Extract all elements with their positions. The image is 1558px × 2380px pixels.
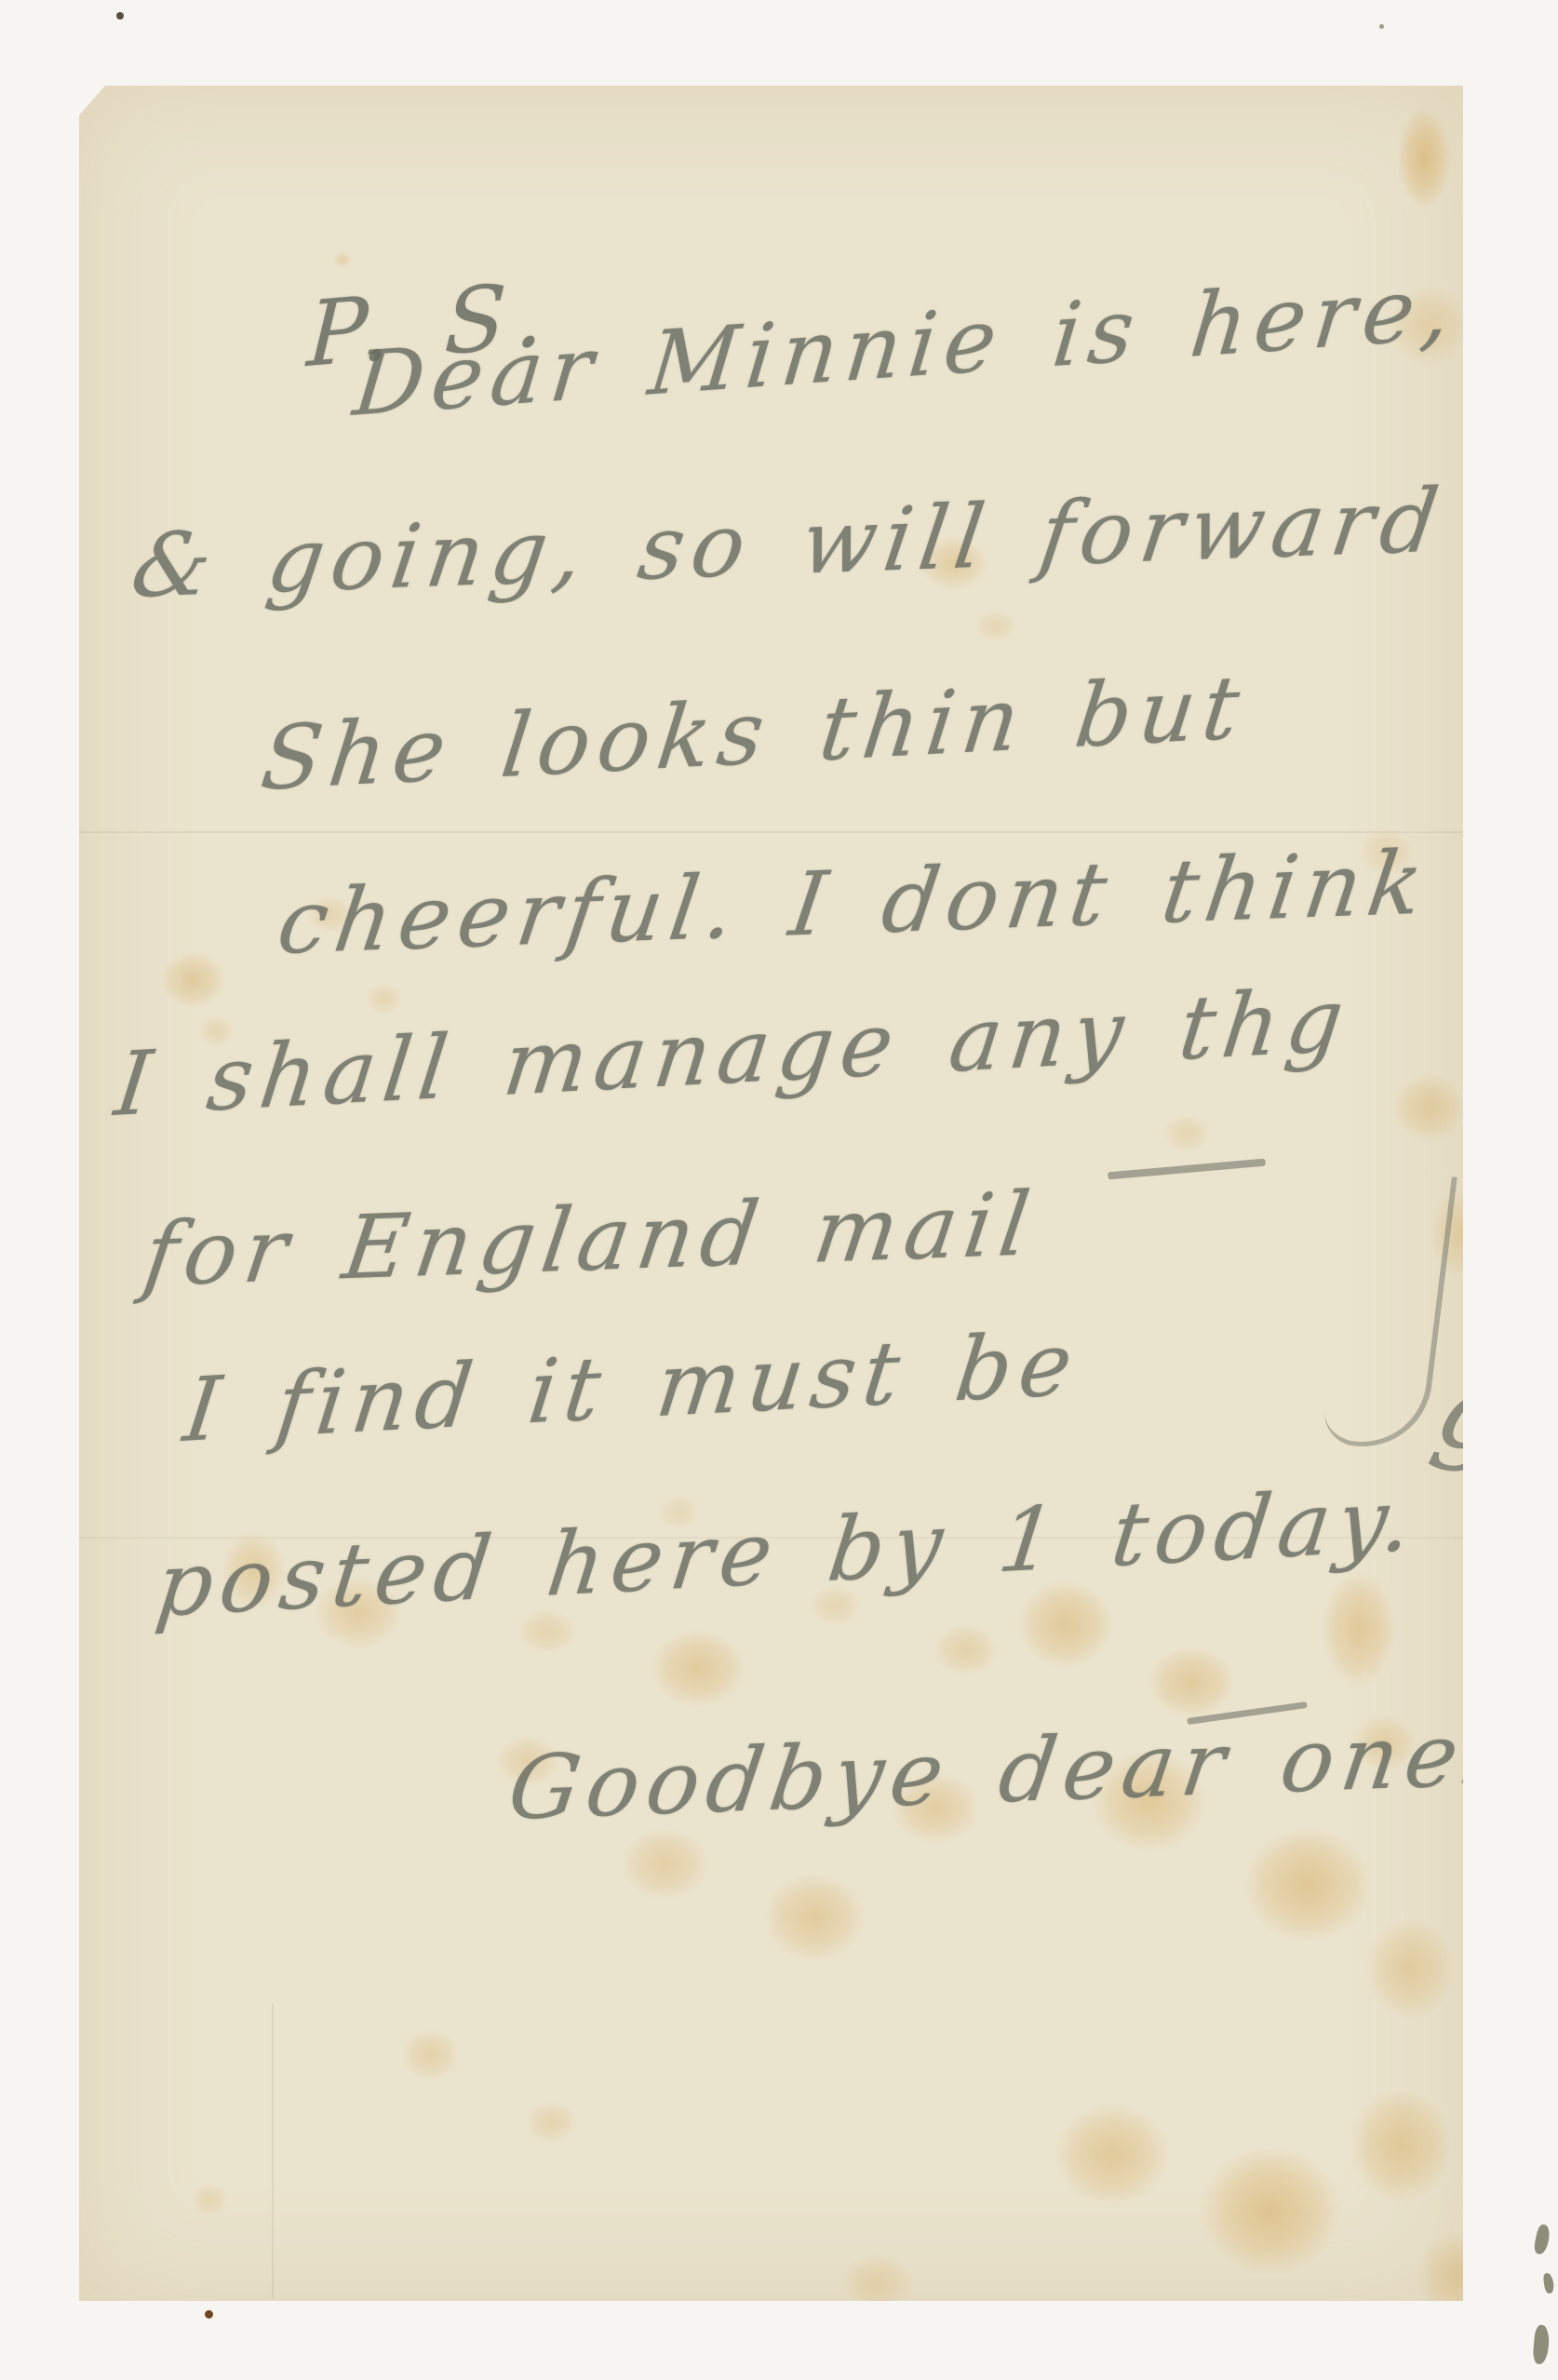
foxing-stain: [1070, 1731, 1229, 1871]
handwriting-line: I find it must be: [179, 1313, 1085, 1462]
foxing-stain: [507, 1601, 586, 1661]
handwriting-line: Goodbye dear ones: [503, 1703, 1524, 1840]
pen-flourish: [1321, 1164, 1457, 1454]
paper-crease: [272, 2003, 274, 2299]
foxing-stain: [358, 977, 410, 1019]
foxing-stain: [1308, 1550, 1410, 1708]
foxing-stain: [330, 249, 355, 270]
foxing-stain: [1350, 819, 1424, 884]
foxing-stain: [298, 1564, 419, 1661]
foxing-stain: [1350, 1899, 1471, 2038]
foxing-stain: [1387, 88, 1461, 228]
edge-smudge: [1532, 2324, 1551, 2364]
foxing-stain: [298, 889, 363, 940]
edge-smudge: [1543, 2272, 1555, 2293]
foxing-stain: [745, 1857, 884, 1978]
letter-paper: P. S. Dear Minnie is here,& going, so wi…: [79, 86, 1463, 2301]
foxing-stain: [1331, 2066, 1471, 2225]
dust-speck: [205, 2310, 213, 2319]
foxing-stain: [191, 1010, 242, 1052]
foxing-stain: [907, 526, 1001, 600]
foxing-stain: [1033, 2085, 1191, 2225]
foxing-stain: [1154, 1108, 1219, 1159]
foxing-stain: [921, 1615, 1010, 1685]
dust-speck: [1379, 24, 1384, 29]
foxing-stain: [1419, 1173, 1503, 1294]
paper-crease: [79, 831, 1463, 833]
foxing-stain: [1001, 1564, 1131, 1685]
foxing-stain: [828, 2243, 926, 2322]
handwriting-line: She looks thin but: [256, 657, 1252, 811]
foxing-stain: [184, 2178, 235, 2223]
foxing-stain: [800, 1578, 870, 1634]
foxing-stain: [484, 1727, 572, 1796]
paper-crease: [79, 1537, 1463, 1539]
postscript-heading: P. S.: [305, 261, 560, 387]
foxing-stain: [517, 2094, 586, 2150]
handwriting-line: for England mail: [138, 1174, 1042, 1307]
foxing-stain: [209, 1517, 298, 1624]
edge-smudge: [1533, 2224, 1551, 2255]
foxing-stain: [633, 1615, 763, 1722]
foxing-stain: [605, 1815, 726, 1913]
underline-today: [1187, 1701, 1308, 1725]
foxing-stain: [968, 605, 1024, 648]
margin-glyph: g: [1423, 1340, 1529, 1480]
handwriting-line: posted here by 1 today.: [151, 1469, 1425, 1637]
foxing-stain: [149, 940, 237, 1019]
foxing-stain: [1405, 2215, 1508, 2336]
foxing-stain: [875, 1759, 996, 1857]
foxing-stain: [1340, 1703, 1429, 1782]
foxing-stain: [1219, 1806, 1396, 1964]
dust-speck: [116, 12, 124, 20]
underline-any: [1108, 1159, 1266, 1180]
foxing-stain: [1131, 1634, 1252, 1731]
foxing-stain: [1373, 270, 1484, 382]
handwriting-line: I shall manage any thg: [110, 970, 1356, 1136]
handwriting-line: cheerful. I dont think: [272, 832, 1436, 975]
foxing-stain: [651, 1489, 707, 1536]
handwriting-line: & going, so will forward this!: [126, 460, 1558, 618]
foxing-stain: [1377, 1061, 1480, 1154]
scanned-letter: P. S. Dear Minnie is here,& going, so wi…: [0, 0, 1558, 2380]
foxing-stain: [391, 2020, 470, 2090]
foxing-stain: [1173, 2122, 1368, 2299]
